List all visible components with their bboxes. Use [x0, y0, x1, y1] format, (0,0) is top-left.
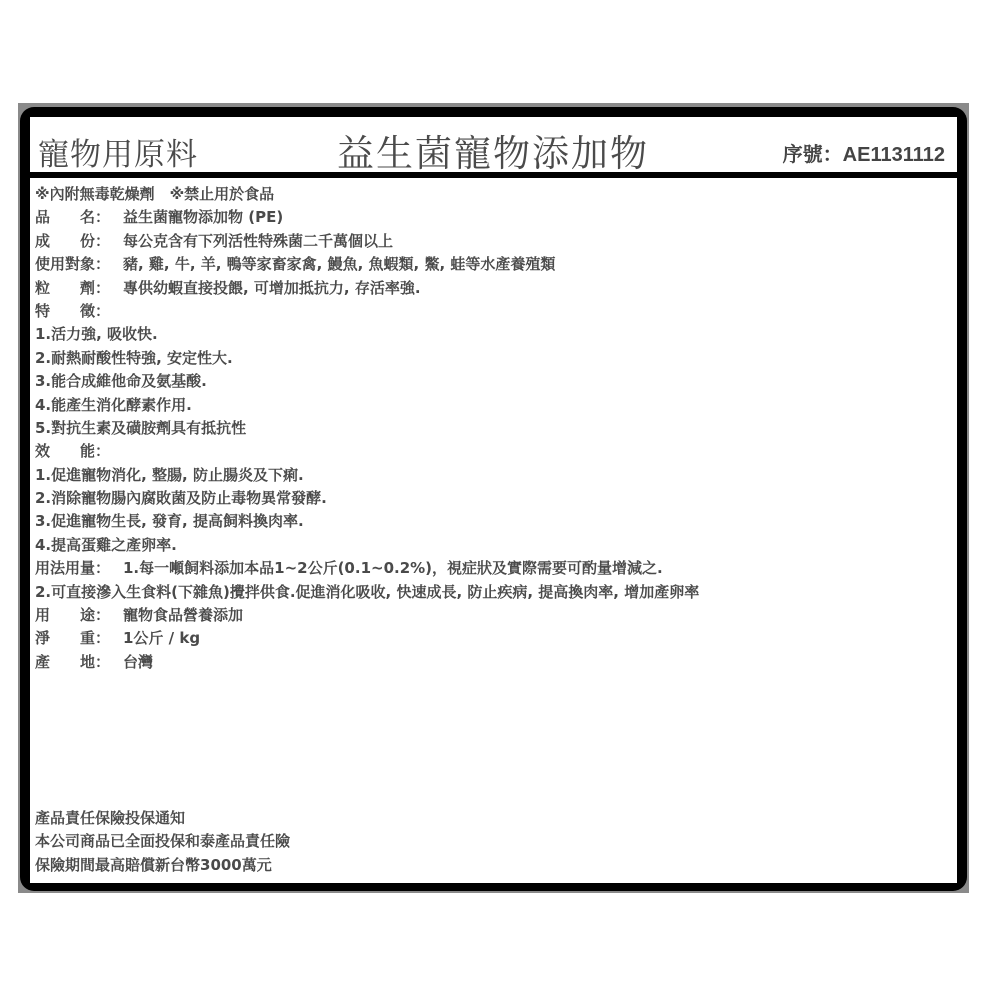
usage-line-1: 用法用量：1.每一噸飼料添加本品1~2公斤(0.1~0.2%)，視症狀及實際需要… — [35, 557, 950, 580]
category-title: 寵物用原料 — [38, 129, 198, 174]
effect-item: 3.促進寵物生長, 發育, 提高飼料換肉率. — [35, 510, 950, 533]
field-key: 用 途： — [35, 604, 123, 627]
effects-heading: 效 能： — [35, 440, 950, 463]
field-key: 粒 劑： — [35, 277, 123, 300]
field-key: 用法用量： — [35, 557, 123, 580]
field-net-weight: 淨 重：1公斤 / kg — [35, 627, 950, 650]
field-key: 成 份： — [35, 230, 123, 253]
insurance-coverage: 保險期間最高賠償新台幣3000萬元 — [35, 854, 290, 877]
field-value: 每公克含有下列活性特殊菌二千萬個以上 — [123, 232, 393, 250]
field-value: 1.每一噸飼料添加本品1~2公斤(0.1~0.2%)，視症狀及實際需要可酌量增減… — [123, 559, 663, 577]
field-value: 豬, 雞, 牛, 羊, 鴨等家畜家禽, 鰻魚, 魚蝦類, 鱉, 蛙等水產養殖類 — [123, 255, 555, 273]
feature-item: 5.對抗生素及磺胺劑具有抵抗性 — [35, 417, 950, 440]
feature-item: 3.能合成維他命及氨基酸. — [35, 370, 950, 393]
insurance-text: 本公司商品已全面投保和泰產品責任險 — [35, 830, 290, 853]
field-value: 益生菌寵物添加物 (PE) — [123, 208, 283, 226]
feature-item: 2.耐熱耐酸性特強, 安定性大. — [35, 347, 950, 370]
label-header: 寵物用原料 益生菌寵物添加物 序號：AE1131112 — [30, 117, 957, 178]
field-origin: 產 地：台灣 — [35, 651, 950, 674]
feature-item: 4.能產生消化酵素作用. — [35, 394, 950, 417]
usage-line-2: 2.可直接滲入生食料(下雜魚)攪拌供食.促進消化吸收, 快速成長, 防止疾病, … — [35, 581, 950, 604]
insurance-notice: 產品責任保險投保通知 本公司商品已全面投保和泰產品責任險 保險期間最高賠償新台幣… — [35, 807, 290, 877]
field-key: 效 能： — [35, 440, 123, 463]
field-key: 淨 重： — [35, 627, 123, 650]
field-granule: 粒 劑：專供幼蝦直接投餵, 可增加抵抗力, 存活率強. — [35, 277, 950, 300]
field-target: 使用對象：豬, 雞, 牛, 羊, 鴨等家畜家禽, 鰻魚, 魚蝦類, 鱉, 蛙等水… — [35, 253, 950, 276]
effect-item: 1.促進寵物消化, 整腸, 防止腸炎及下痢. — [35, 464, 950, 487]
serial-value: AE1131112 — [843, 144, 945, 166]
notice-line: ※內附無毒乾燥劑 ※禁止用於食品 — [35, 183, 950, 206]
field-key: 品 名： — [35, 206, 123, 229]
serial-label: 序號： — [783, 142, 843, 166]
field-value: 寵物食品營養添加 — [123, 606, 243, 624]
field-value: 專供幼蝦直接投餵, 可增加抵抗力, 存活率強. — [123, 279, 421, 297]
field-value: 1公斤 / kg — [123, 629, 200, 647]
label-content: ※內附無毒乾燥劑 ※禁止用於食品 品 名：益生菌寵物添加物 (PE) 成 份：每… — [35, 183, 950, 674]
field-purpose: 用 途：寵物食品營養添加 — [35, 604, 950, 627]
serial-number: 序號：AE1131112 — [783, 138, 945, 167]
field-value: 台灣 — [123, 653, 153, 671]
field-key: 產 地： — [35, 651, 123, 674]
field-key: 使用對象： — [35, 253, 123, 276]
effect-item: 4.提高蛋雞之產卵率. — [35, 534, 950, 557]
field-ingredients: 成 份：每公克含有下列活性特殊菌二千萬個以上 — [35, 230, 950, 253]
insurance-title: 產品責任保險投保通知 — [35, 807, 290, 830]
feature-item: 1.活力強, 吸收快. — [35, 323, 950, 346]
field-key: 特 徵： — [35, 300, 123, 323]
field-product-name: 品 名：益生菌寵物添加物 (PE) — [35, 206, 950, 229]
product-title: 益生菌寵物添加物 — [337, 123, 649, 177]
label-body: 寵物用原料 益生菌寵物添加物 序號：AE1131112 ※內附無毒乾燥劑 ※禁止… — [30, 117, 957, 883]
effect-item: 2.消除寵物腸內腐敗菌及防止毒物異常發酵. — [35, 487, 950, 510]
features-heading: 特 徵： — [35, 300, 950, 323]
